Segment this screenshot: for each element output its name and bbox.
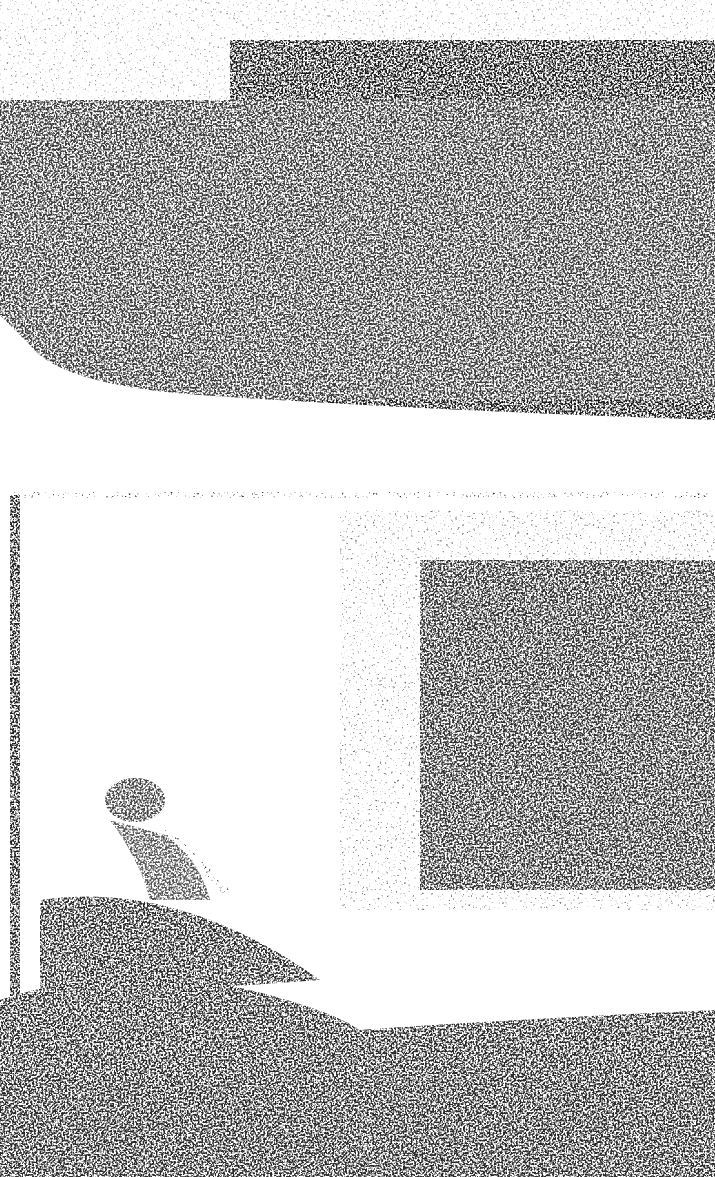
- lower-inscription: [0, 960, 715, 1177]
- stone-artifact-photo: [0, 0, 715, 1177]
- photocopy-image: [0, 0, 715, 1177]
- upper-inscription: [0, 0, 715, 420]
- relief-figure: [105, 778, 230, 900]
